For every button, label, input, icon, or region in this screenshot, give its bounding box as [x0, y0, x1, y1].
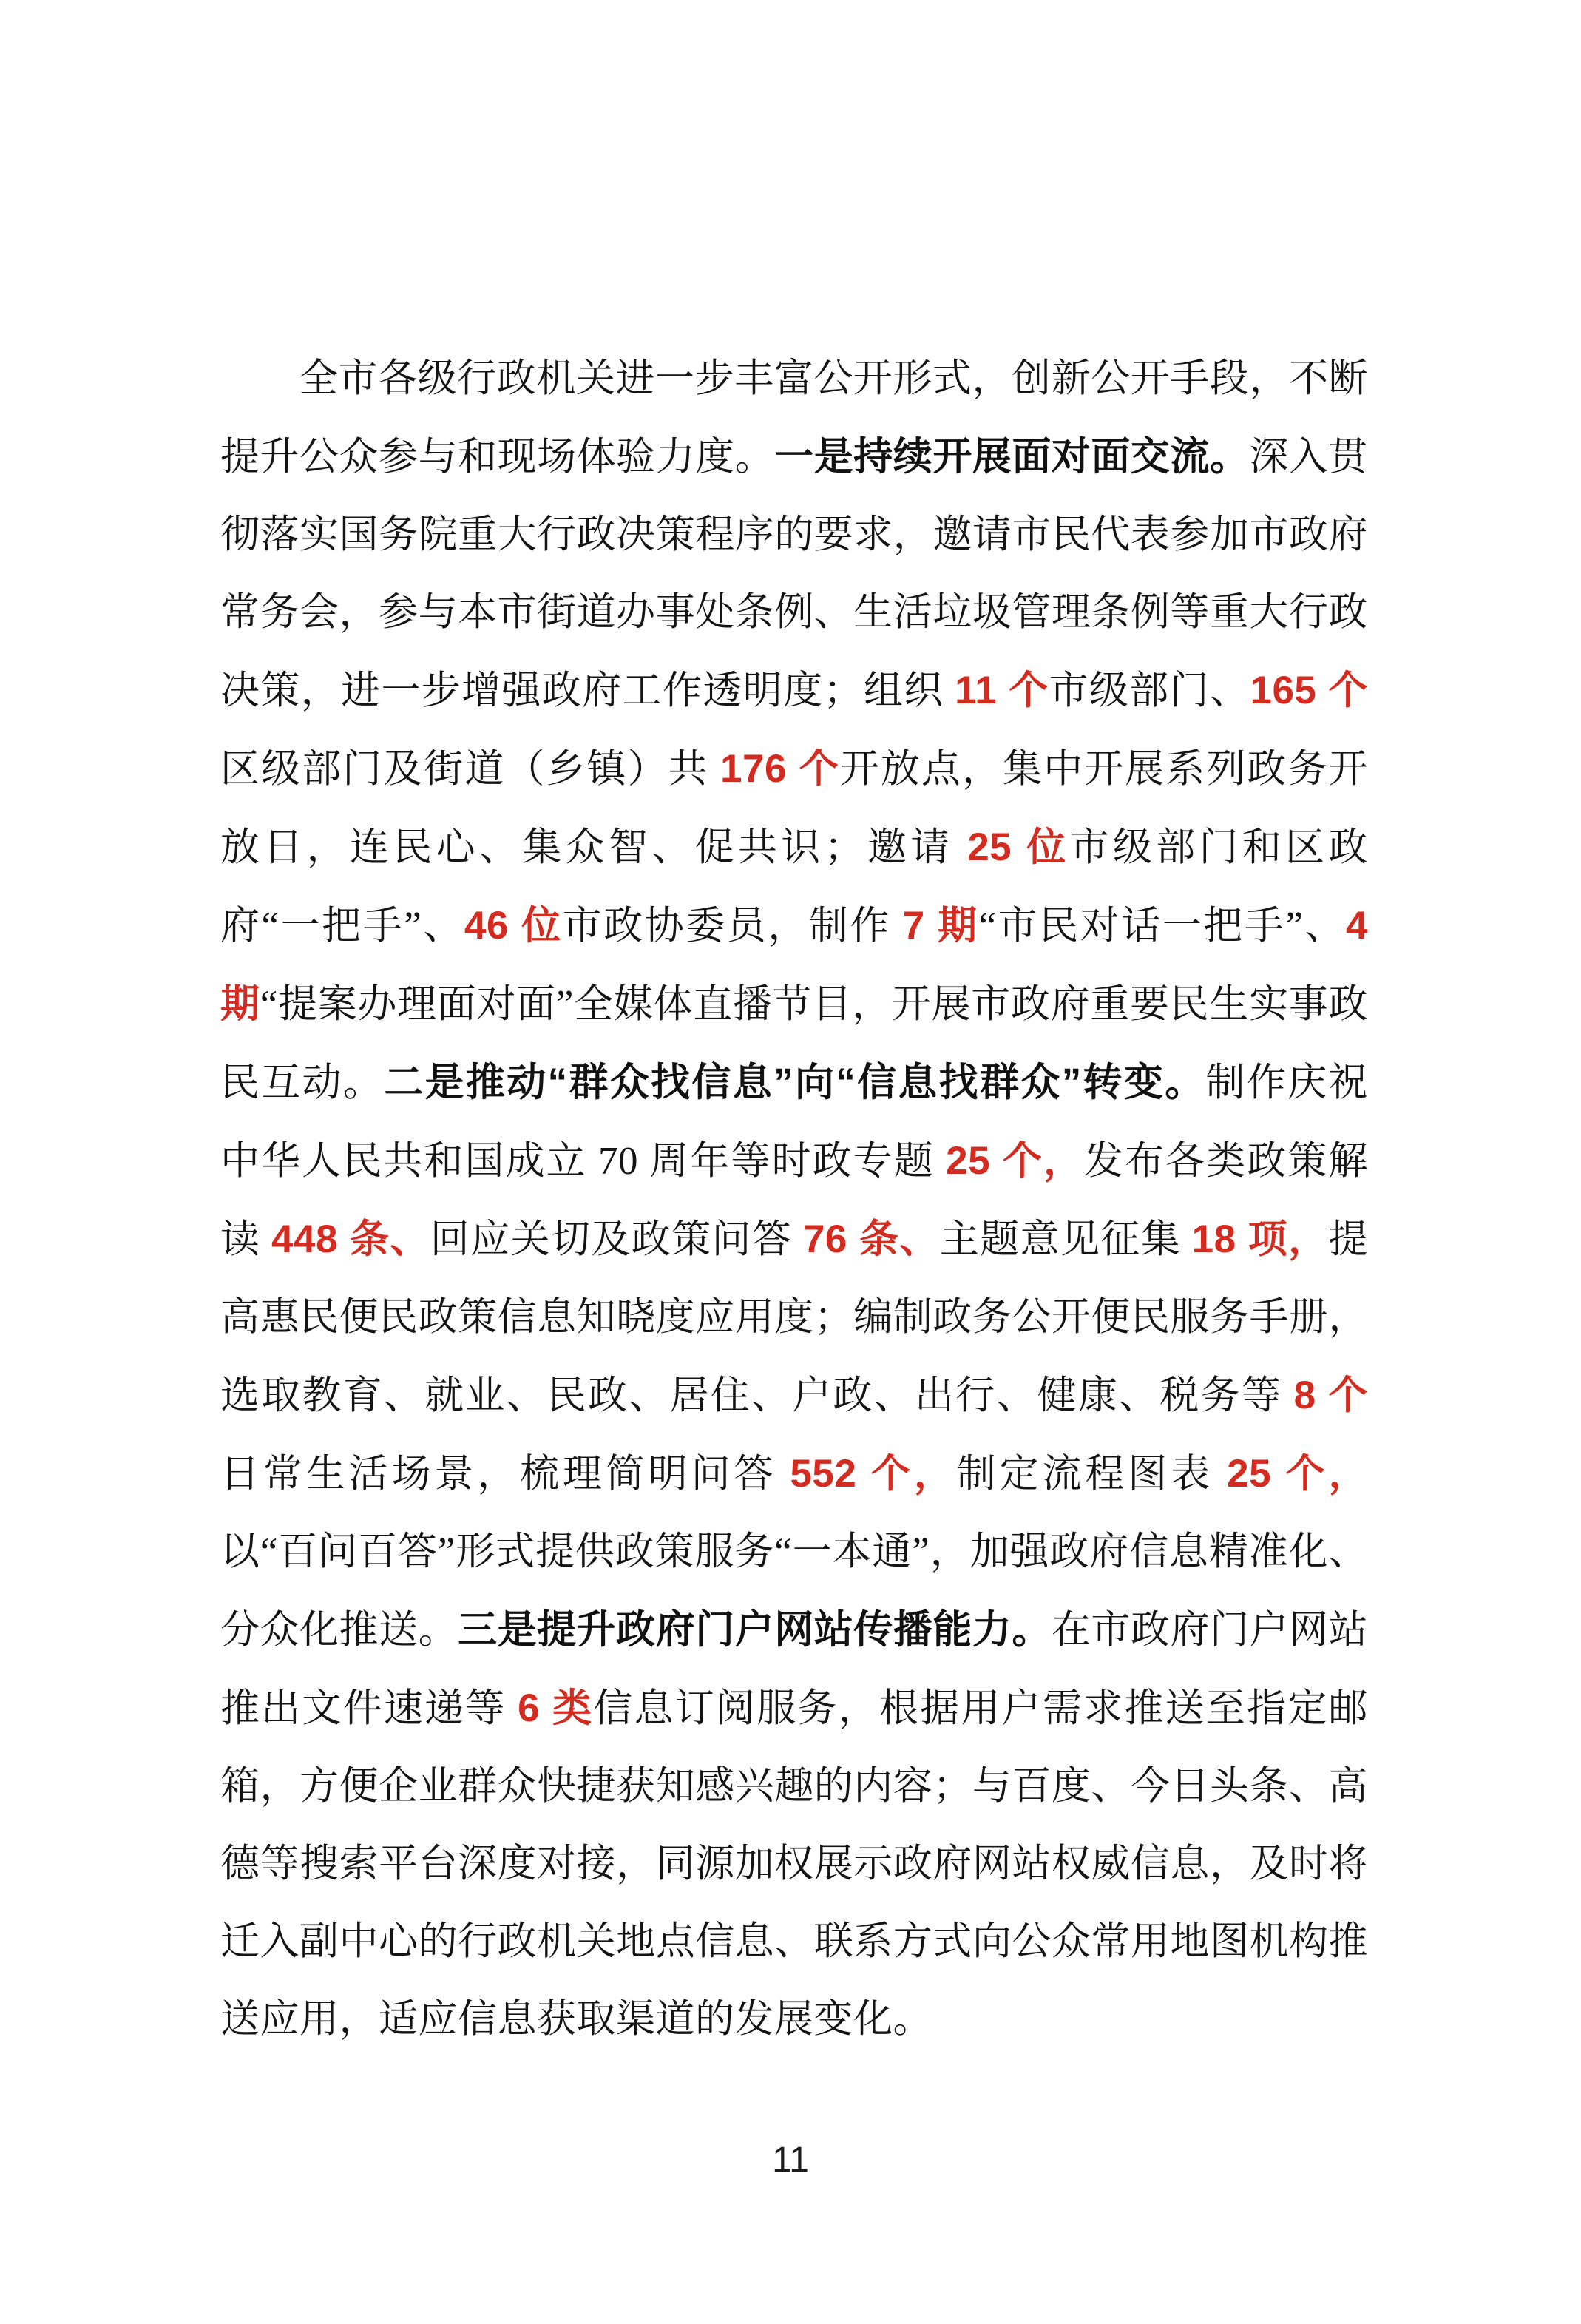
text-segment-red: 46 位	[464, 904, 563, 947]
text-segment-bold: 三是提升政府门户网站传播能力。	[458, 1608, 1052, 1652]
text-segment-red: 552 个，	[790, 1452, 956, 1496]
text-segment-red: 25 个，	[946, 1139, 1084, 1183]
text-segment-red: 6 类	[518, 1686, 593, 1730]
text-segment-red: 11 个	[955, 669, 1049, 712]
body-paragraph: 全市各级行政机关进一步丰富公开形式，创新公开手段，不断提升公众参与和现场体验力度…	[220, 340, 1368, 2058]
text-segment-red: 176 个	[720, 747, 840, 791]
text-segment-red: 7 期	[903, 904, 979, 947]
text-segment-red: 8 个	[1294, 1374, 1368, 1417]
text-segment-normal: 信息订阅服务，根据用户需求推送至指定邮箱，方便企业群众快捷获知感兴趣的内容；与百…	[220, 1687, 1368, 2041]
text-segment-normal: 区级部门及街道（乡镇）共	[220, 748, 720, 791]
text-segment-red: 18 项，	[1192, 1217, 1329, 1261]
text-segment-normal: 市级部门、	[1049, 669, 1250, 712]
text-segment-red: 25 位	[967, 825, 1069, 869]
text-segment-normal: 制定流程图表	[957, 1453, 1227, 1496]
text-segment-bold: 一是持续开展面对面交流。	[774, 435, 1249, 479]
text-segment-red: 448 条、	[271, 1217, 430, 1261]
text-segment-red: 165 个	[1250, 669, 1368, 712]
text-segment-normal: 主题意见征集	[940, 1218, 1192, 1261]
text-segment-normal: “市民对话一把手”、	[979, 905, 1346, 947]
text-segment-normal: 日常生活场景，梳理简明问答	[220, 1453, 790, 1496]
page-number: 11	[0, 2140, 1581, 2181]
text-segment-red: 25 个，	[1227, 1452, 1368, 1496]
text-segment-normal: 市政协委员，制作	[563, 905, 903, 947]
text-segment-normal: 回应关切及政策问答	[430, 1218, 803, 1261]
text-segment-red: 76 条、	[803, 1217, 940, 1261]
document-page: 全市各级行政机关进一步丰富公开形式，创新公开手段，不断提升公众参与和现场体验力度…	[0, 0, 1581, 2324]
text-segment-bold: 二是推动“群众找信息”向“信息找群众”转变。	[384, 1061, 1205, 1104]
